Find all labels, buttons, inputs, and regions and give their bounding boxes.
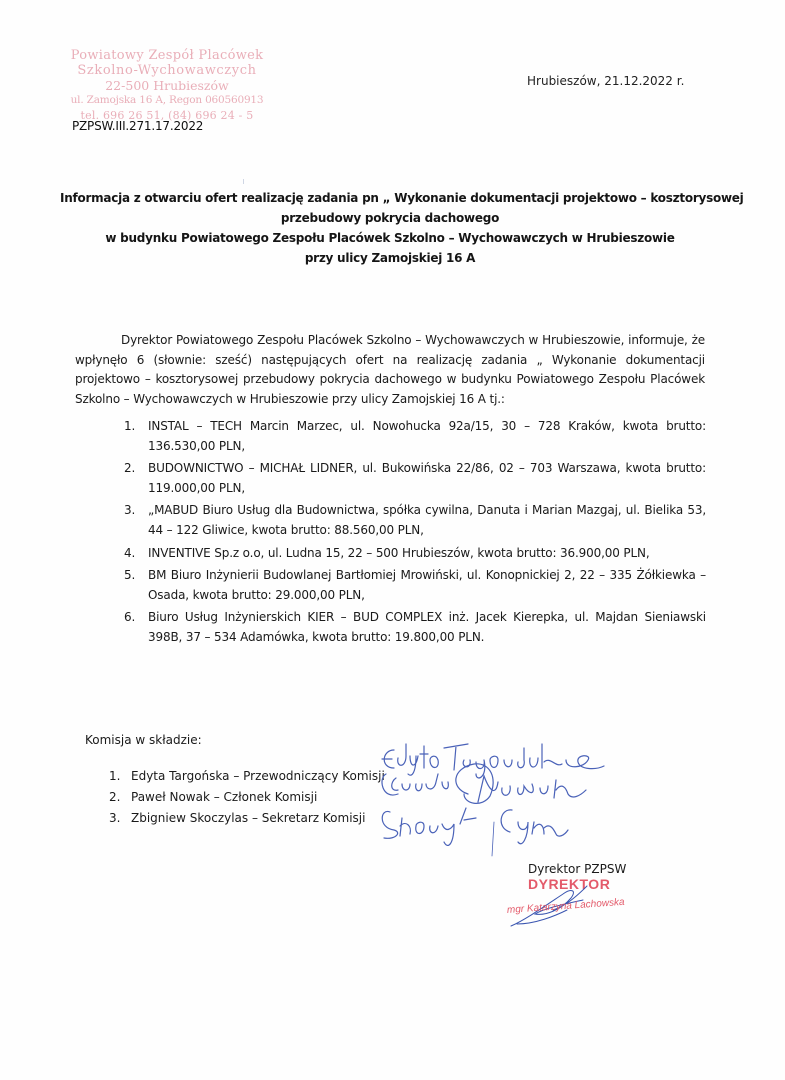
member-number: 2.	[109, 787, 120, 808]
stamp-line: ul. Zamojska 16 A, Regon 060560913	[62, 93, 272, 108]
document-title: Informacja z otwarciu ofert realizację z…	[60, 188, 720, 268]
offer-number: 6.	[124, 608, 135, 628]
scan-mark	[243, 179, 244, 184]
committee-member: 1. Edyta Targońska – Przewodniczący Komi…	[109, 766, 385, 787]
title-line: przebudowy pokrycia dachowego	[60, 208, 720, 228]
committee-member: 3. Zbigniew Skoczylas – Sekretarz Komisj…	[109, 808, 385, 829]
offer-text: Biuro Usług Inżynierskich KIER – BUD COM…	[148, 610, 706, 644]
offer-item: 1. INSTAL – TECH Marcin Marzec, ul. Nowo…	[124, 417, 706, 456]
place-date: Hrubieszów, 21.12.2022 r.	[527, 74, 684, 88]
offer-item: 5. BM Biuro Inżynierii Budowlanej Bartło…	[124, 566, 706, 605]
committee-signatures	[372, 738, 622, 858]
committee-label: Komisja w składzie:	[85, 733, 202, 747]
intro-paragraph: Dyrektor Powiatowego Zespołu Placówek Sz…	[75, 331, 705, 409]
offers-list: 1. INSTAL – TECH Marcin Marzec, ul. Nowo…	[124, 417, 706, 651]
title-line: Informacja z otwarciu ofert realizację z…	[60, 188, 720, 208]
member-number: 3.	[109, 808, 120, 829]
institution-stamp: Powiatowy Zespół Placówek Szkolno-Wychow…	[62, 48, 272, 123]
stamp-line: Szkolno-Wychowawczych	[62, 63, 272, 78]
offer-number: 2.	[124, 459, 135, 479]
offer-text: INSTAL – TECH Marcin Marzec, ul. Nowohuc…	[148, 419, 706, 453]
offer-item: 2. BUDOWNICTWO – MICHAŁ LIDNER, ul. Buko…	[124, 459, 706, 498]
stamp-line: Powiatowy Zespół Placówek	[62, 48, 272, 63]
title-line: przy ulicy Zamojskiej 16 A	[60, 248, 720, 268]
director-title: Dyrektor PZPSW	[528, 862, 626, 876]
offer-number: 5.	[124, 566, 135, 586]
offer-item: 6. Biuro Usług Inżynierskich KIER – BUD …	[124, 608, 706, 647]
offer-text: BM Biuro Inżynierii Budowlanej Bartłomie…	[148, 568, 706, 602]
offer-item: 3. „MABUD Biuro Usług dla Budownictwa, s…	[124, 501, 706, 540]
member-number: 1.	[109, 766, 120, 787]
member-text: Paweł Nowak – Członek Komisji	[131, 790, 317, 804]
offer-text: INVENTIVE Sp.z o.o, ul. Ludna 15, 22 – 5…	[148, 546, 650, 560]
stamp-line: 22-500 Hrubieszów	[62, 78, 272, 93]
offer-text: „MABUD Biuro Usług dla Budownictwa, spół…	[148, 503, 706, 537]
committee-member: 2. Paweł Nowak – Członek Komisji	[109, 787, 385, 808]
member-text: Zbigniew Skoczylas – Sekretarz Komisji	[131, 811, 365, 825]
offer-number: 1.	[124, 417, 135, 437]
signature-strokes	[382, 744, 604, 856]
offer-number: 3.	[124, 501, 135, 521]
offer-item: 4. INVENTIVE Sp.z o.o, ul. Ludna 15, 22 …	[124, 544, 706, 564]
document-page: Powiatowy Zespół Placówek Szkolno-Wychow…	[0, 0, 785, 1080]
body-section: Dyrektor Powiatowego Zespołu Placówek Sz…	[75, 331, 705, 409]
offer-text: BUDOWNICTWO – MICHAŁ LIDNER, ul. Bukowiń…	[148, 461, 706, 495]
offer-number: 4.	[124, 544, 135, 564]
title-line: w budynku Powiatowego Zespołu Placówek S…	[60, 228, 720, 248]
reference-number: PZPSW.III.271.17.2022	[72, 119, 203, 133]
member-text: Edyta Targońska – Przewodniczący Komisji	[131, 769, 385, 783]
committee-list: 1. Edyta Targońska – Przewodniczący Komi…	[109, 766, 385, 829]
